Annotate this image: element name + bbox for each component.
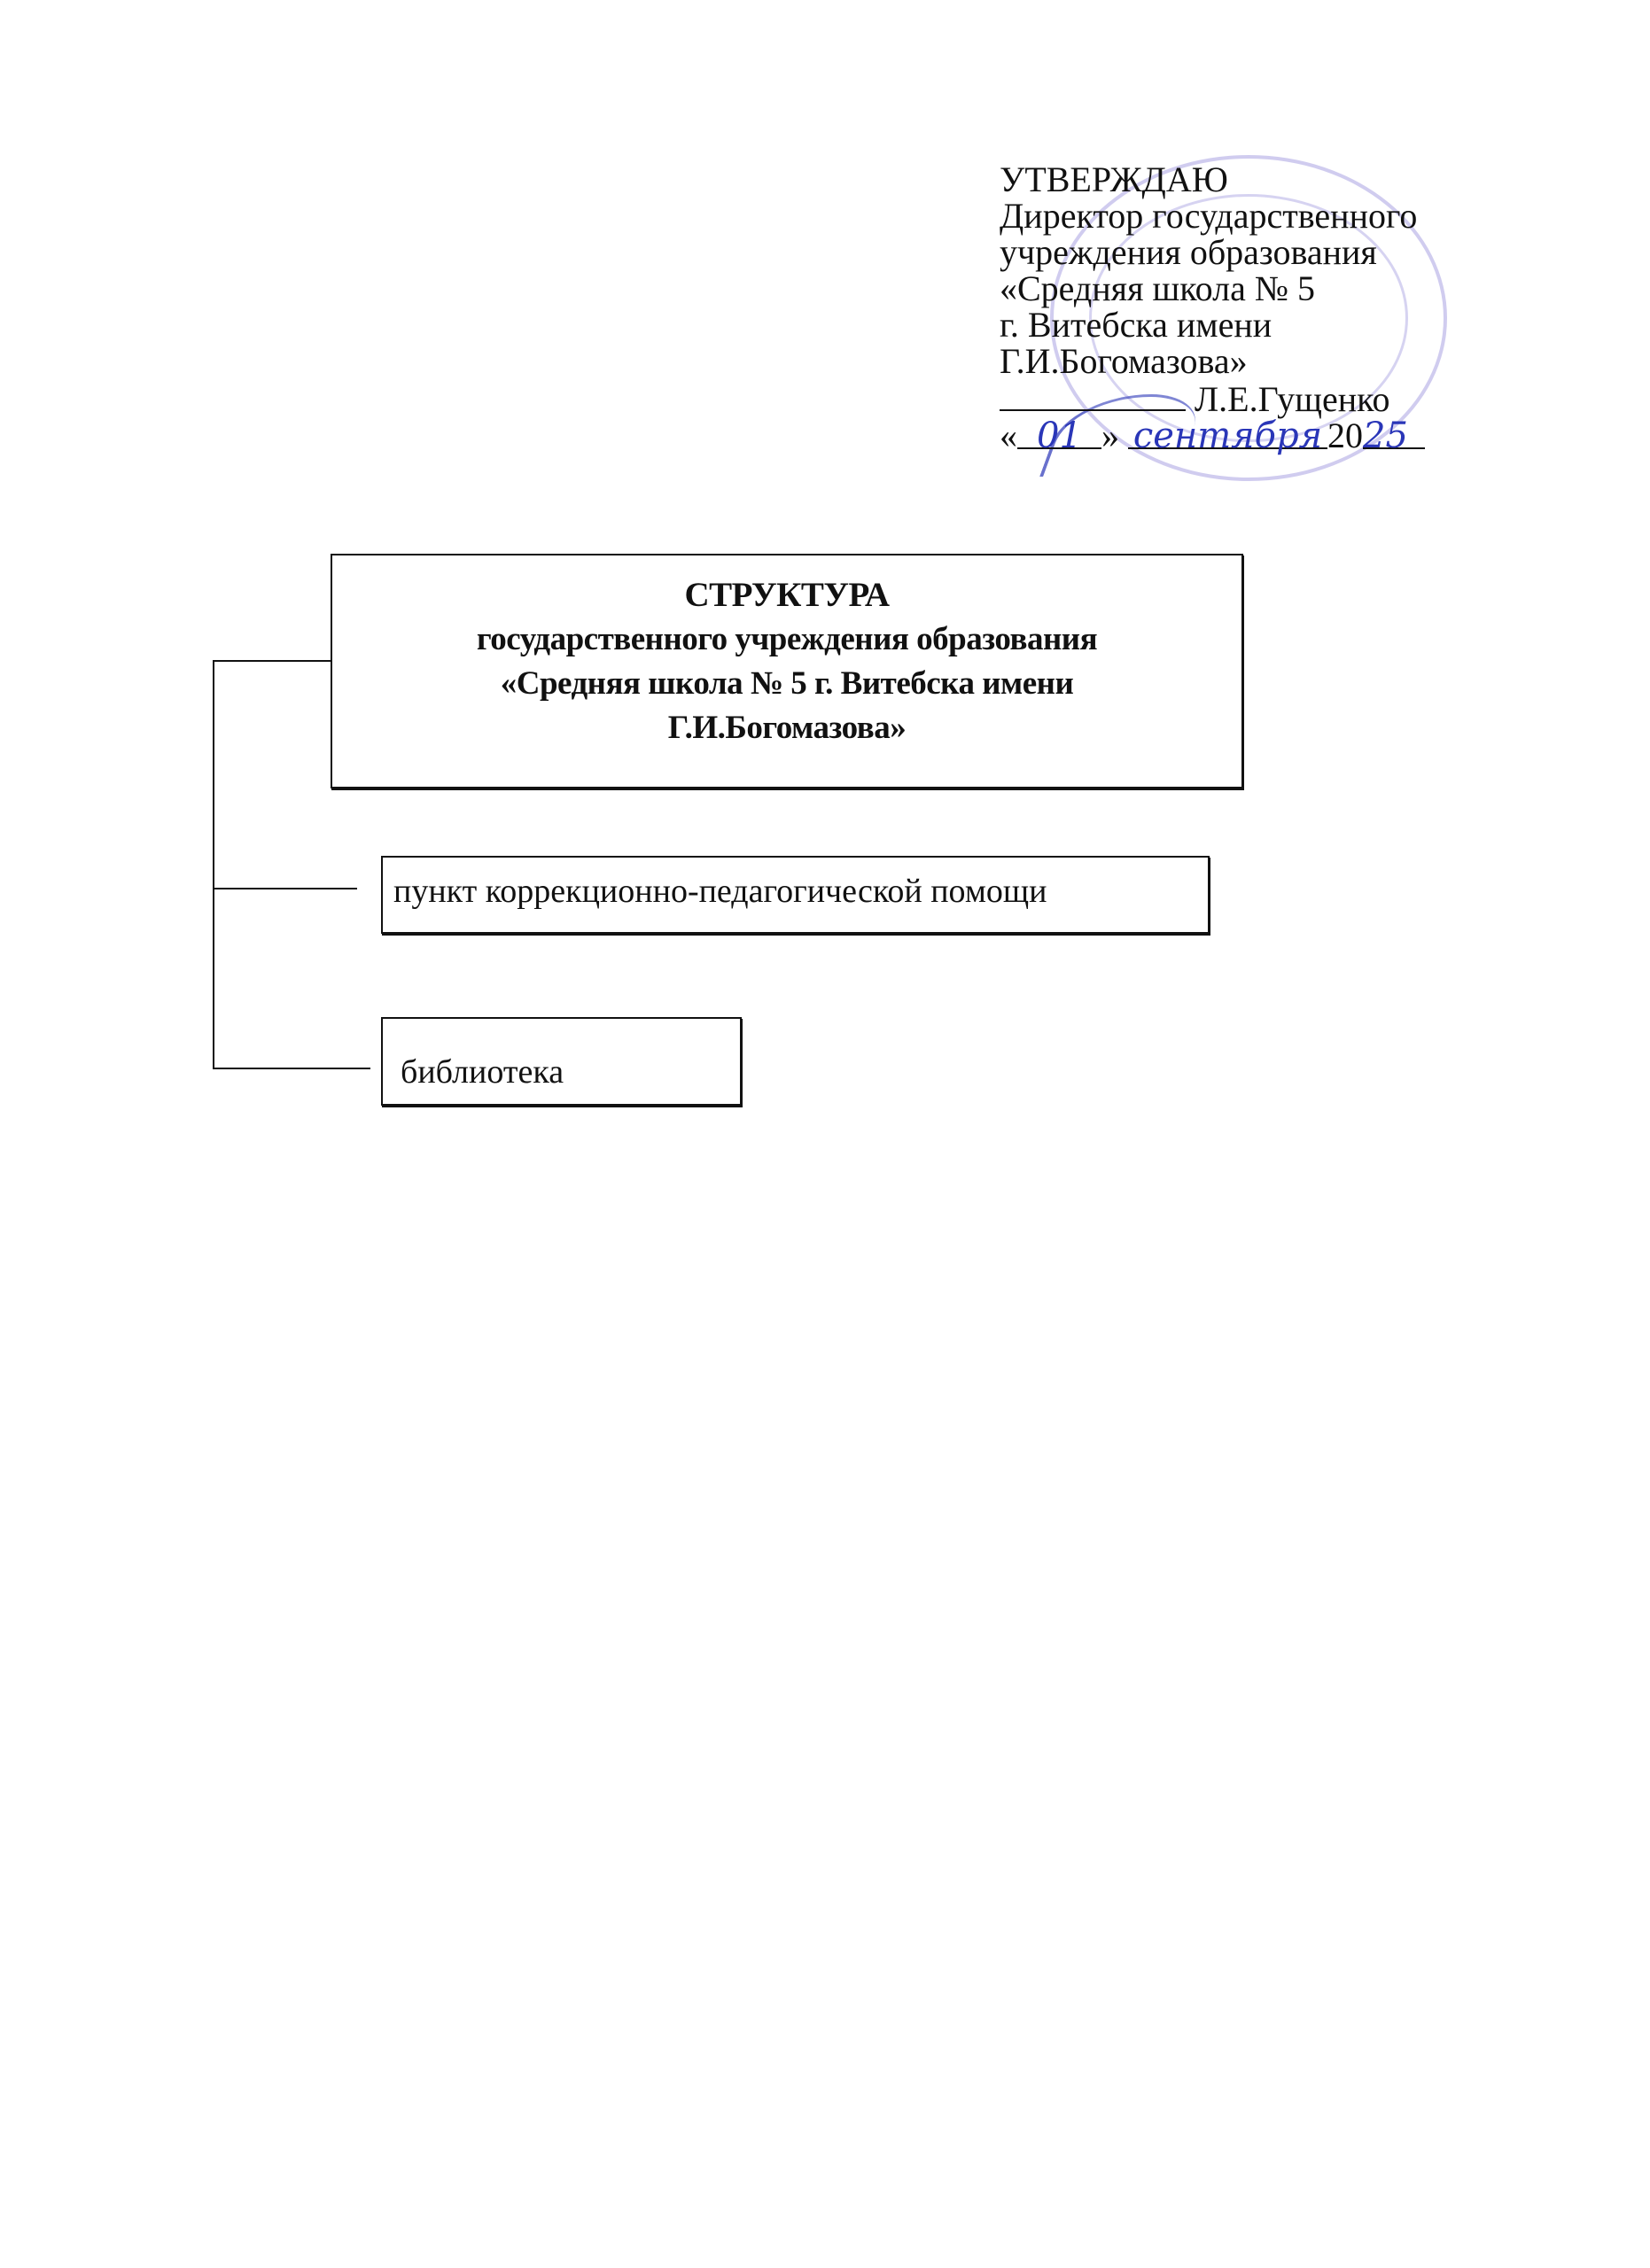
- position-line: Директор государственного: [1000, 198, 1496, 234]
- signatory-name: Л.Е.Гущенко: [1195, 379, 1390, 419]
- approval-date: «01» сентября2025: [1000, 417, 1496, 454]
- structure-subtitle-line: государственного учреждения образования: [332, 617, 1241, 662]
- unit-box-correction-point: пункт коррекционно-педагогической помощи: [381, 856, 1210, 934]
- structure-title-box: СТРУКТУРА государственного учреждения об…: [331, 554, 1243, 788]
- date-day-blank: 01: [1017, 417, 1101, 449]
- date-year-prefix: 20: [1327, 416, 1363, 455]
- signature-blank: [1000, 379, 1186, 411]
- position-line: учреждения образования: [1000, 234, 1496, 270]
- unit-box-library: библиотека: [381, 1017, 742, 1106]
- date-year-blank: 25: [1363, 417, 1425, 449]
- connector-to-unit-1: [213, 888, 357, 889]
- date-day: 01: [1037, 416, 1082, 456]
- approval-heading: УТВЕРЖДАЮ: [1000, 161, 1496, 198]
- date-month-blank: сентября: [1128, 417, 1327, 449]
- position-line: «Средняя школа № 5: [1000, 270, 1496, 307]
- connector-to-title: [213, 660, 332, 662]
- date-open-quote: «: [1000, 416, 1017, 455]
- signature-line: Л.Е.Гущенко: [1000, 379, 1496, 417]
- unit-label: пункт коррекционно-педагогической помощи: [393, 873, 1047, 910]
- structure-subtitle-line: Г.И.Богомазова»: [332, 706, 1241, 750]
- date-month: сентября: [1133, 416, 1322, 456]
- connector-vertical: [213, 660, 214, 1069]
- structure-subtitle-line: «Средняя школа № 5 г. Витебска имени: [332, 662, 1241, 706]
- position-line: Г.И.Богомазова»: [1000, 343, 1496, 379]
- unit-label: библиотека: [401, 1053, 564, 1091]
- position-line: г. Витебска имени: [1000, 307, 1496, 343]
- approval-block: УТВЕРЖДАЮ Директор государственного учре…: [1000, 161, 1496, 454]
- date-close-quote: »: [1101, 416, 1119, 455]
- structure-title: СТРУКТУРА: [332, 573, 1241, 617]
- connector-to-unit-2: [213, 1068, 370, 1069]
- date-year-suffix: 25: [1363, 416, 1408, 456]
